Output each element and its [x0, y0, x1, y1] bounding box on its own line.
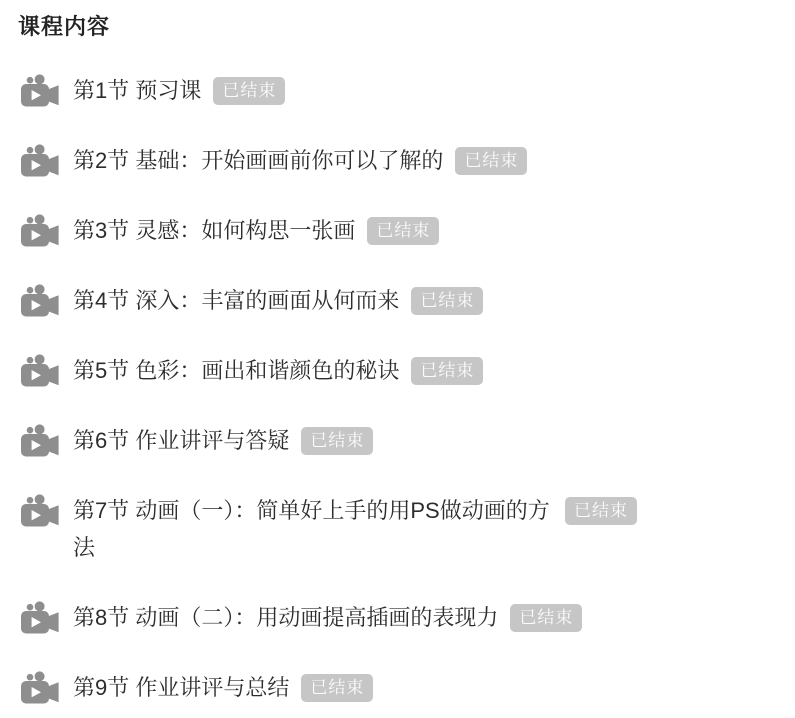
lesson-title: 第5节 色彩：画出和谐颜色的秘诀 [73, 352, 399, 389]
lesson-row[interactable]: 第9节 作业讲评与总结 已结束 [18, 669, 775, 706]
lesson-row[interactable]: 第5节 色彩：画出和谐颜色的秘诀 已结束 [18, 352, 775, 389]
video-camera-icon [20, 671, 60, 705]
status-badge: 已结束 [213, 77, 285, 105]
lesson-title: 第1节 预习课 [73, 72, 201, 109]
status-badge: 已结束 [367, 217, 439, 245]
video-camera-icon [20, 144, 60, 178]
video-camera-icon [20, 284, 60, 318]
course-content-page: 课程内容 第1节 预习课 已结束 第2节 基础：开始画画前你可以了解的 [0, 0, 795, 706]
lesson-row[interactable]: 第6节 作业讲评与答疑 已结束 [18, 422, 775, 459]
status-badge: 已结束 [565, 497, 637, 525]
lesson-row[interactable]: 第3节 灵感：如何构思一张画 已结束 [18, 212, 775, 249]
lesson-title: 第8节 动画（二）：用动画提高插画的表现力 [73, 599, 498, 636]
lesson-title: 第6节 作业讲评与答疑 [73, 422, 289, 459]
lesson-row[interactable]: 第2节 基础：开始画画前你可以了解的 已结束 [18, 142, 775, 179]
status-badge: 已结束 [411, 357, 483, 385]
lesson-title: 第7节 动画（一）：简单好上手的用PS做动画的方法 [73, 492, 553, 566]
status-badge: 已结束 [510, 604, 582, 632]
lesson-title: 第2节 基础：开始画画前你可以了解的 [73, 142, 443, 179]
video-camera-icon [20, 601, 60, 635]
page-title: 课程内容 [18, 12, 775, 42]
video-camera-icon [20, 494, 60, 528]
video-camera-icon [20, 424, 60, 458]
lesson-row[interactable]: 第4节 深入：丰富的画面从何而来 已结束 [18, 282, 775, 319]
status-badge: 已结束 [301, 427, 373, 455]
course-list: 第1节 预习课 已结束 第2节 基础：开始画画前你可以了解的 已结束 [18, 72, 775, 706]
status-badge: 已结束 [455, 147, 527, 175]
status-badge: 已结束 [301, 674, 373, 702]
lesson-row[interactable]: 第8节 动画（二）：用动画提高插画的表现力 已结束 [18, 599, 775, 636]
lesson-row[interactable]: 第7节 动画（一）：简单好上手的用PS做动画的方法 已结束 [18, 492, 775, 566]
status-badge: 已结束 [411, 287, 483, 315]
lesson-title: 第9节 作业讲评与总结 [73, 669, 289, 706]
video-camera-icon [20, 214, 60, 248]
video-camera-icon [20, 74, 60, 108]
lesson-title: 第4节 深入：丰富的画面从何而来 [73, 282, 399, 319]
video-camera-icon [20, 354, 60, 388]
lesson-row[interactable]: 第1节 预习课 已结束 [18, 72, 775, 109]
lesson-title: 第3节 灵感：如何构思一张画 [73, 212, 355, 249]
